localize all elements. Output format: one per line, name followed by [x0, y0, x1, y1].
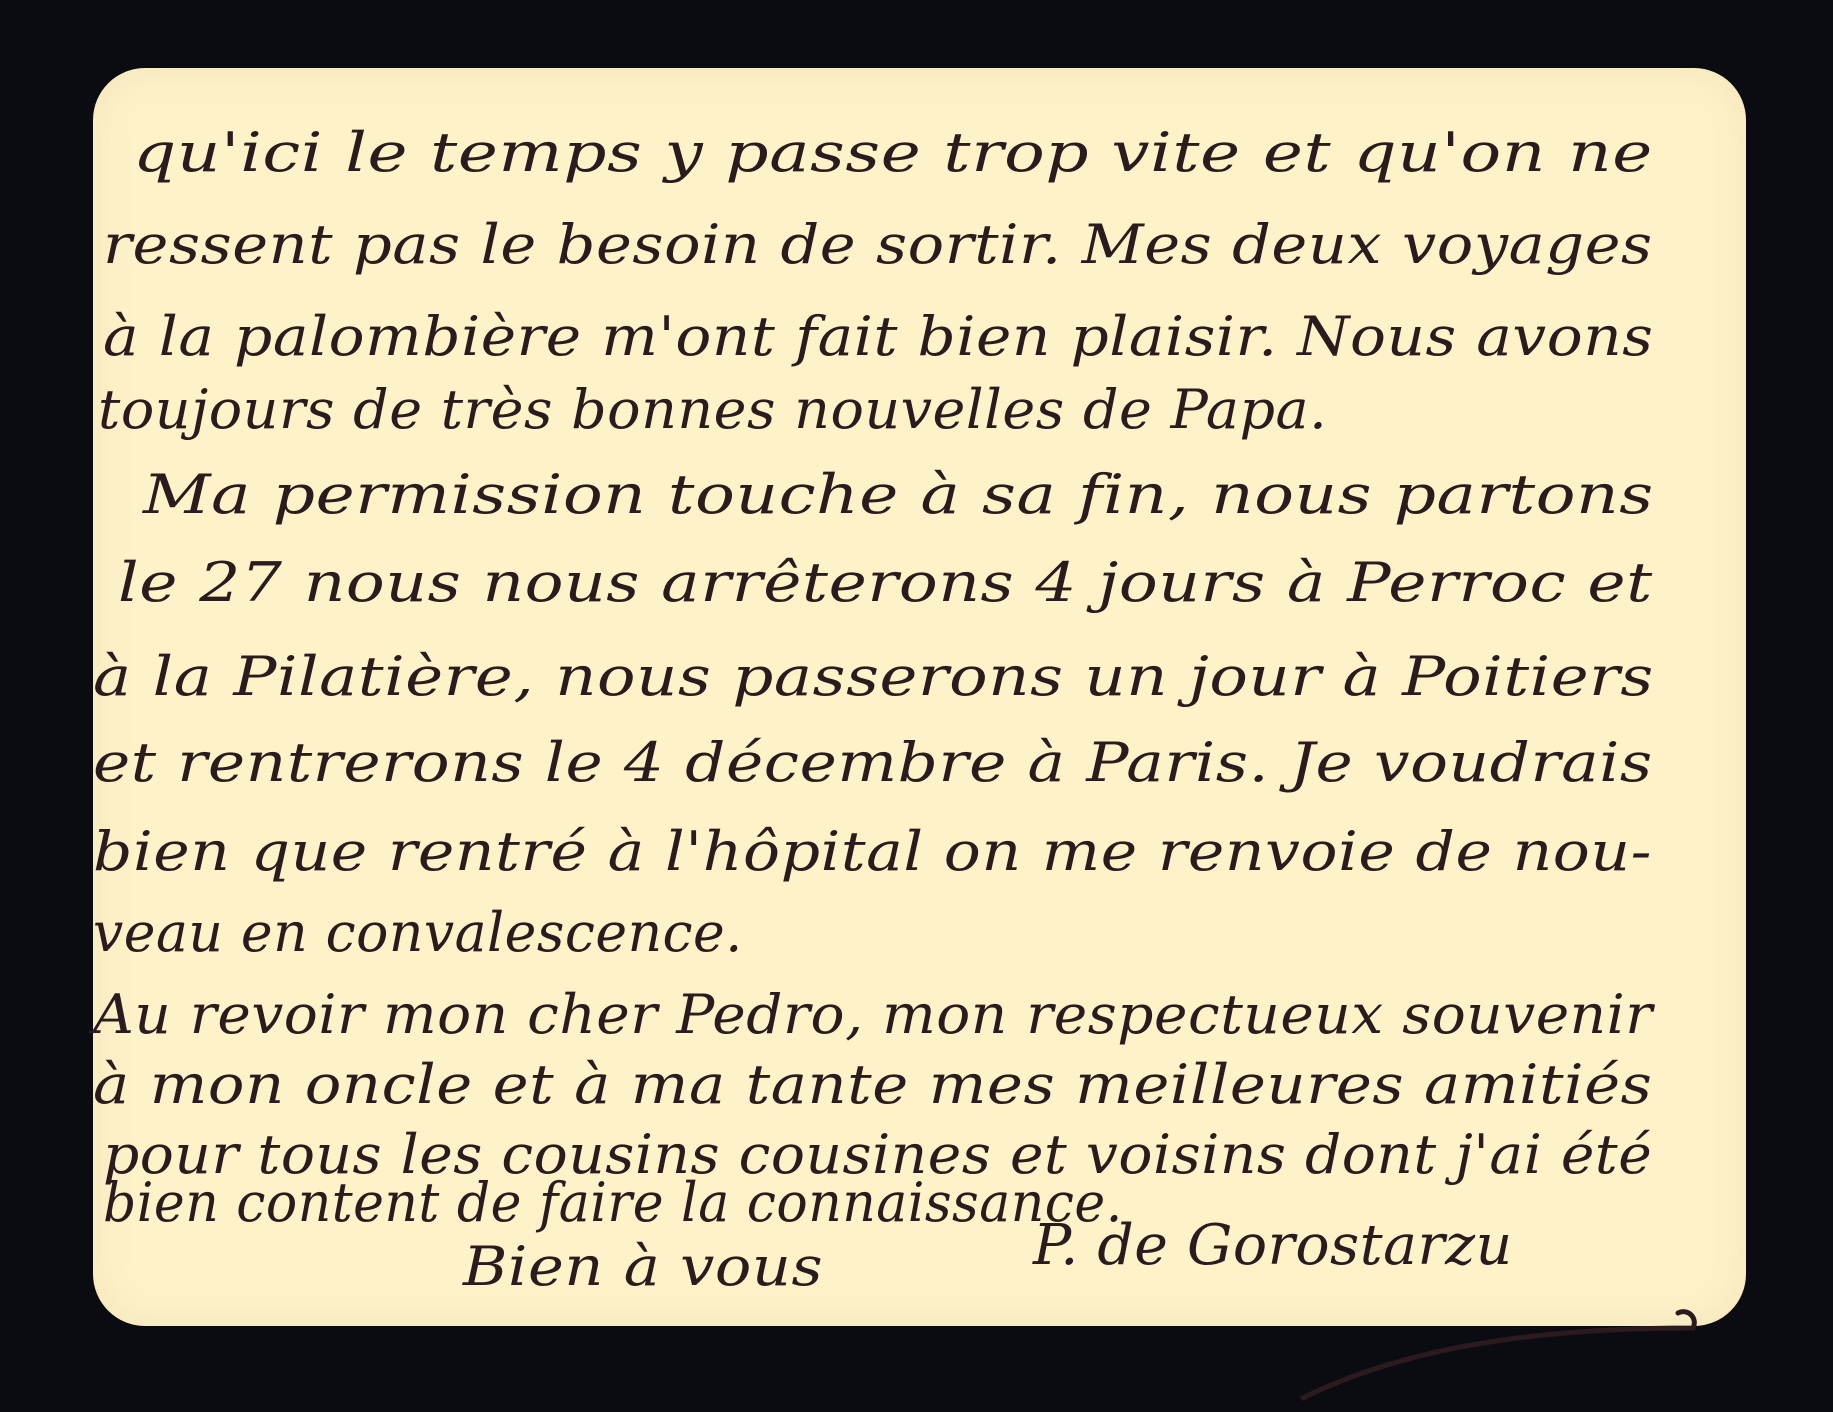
text-line-7: à la Pilatière, nous passerons un jour à… — [93, 650, 1654, 704]
text-line-5: Ma permission touche à sa fin, nous part… — [143, 468, 1654, 522]
text-line-10: veau en convalescence. — [93, 906, 743, 960]
text-line-3: à la palombière m'ont fait bien plaisir.… — [103, 310, 1653, 364]
text-line-8: et rentrerons le 4 décembre à Paris. Je … — [93, 736, 1653, 790]
text-line-14: bien content de faire la connaissance. — [103, 1176, 1123, 1230]
text-line-6: le 27 nous nous arrêterons 4 jours à Per… — [118, 556, 1653, 610]
text-line-12: à mon oncle et à ma tante mes meilleures… — [93, 1058, 1652, 1112]
text-line-4: toujours de très bonnes nouvelles de Pap… — [98, 383, 1327, 437]
signature: P. de Gorostarzu — [1033, 1218, 1513, 1274]
text-line-9: bien que rentré à l'hôpital on me renvoi… — [93, 825, 1652, 879]
text-line-1: qu'ici le temps y passe trop vite et qu'… — [133, 126, 1653, 180]
text-line-11: Au revoir mon cher Pedro, mon respectueu… — [93, 988, 1653, 1042]
signature-flourish — [1283, 1308, 1703, 1408]
handwritten-card: qu'ici le temps y passe trop vite et qu'… — [93, 68, 1746, 1326]
text-line-2: ressent pas le besoin de sortir. Mes deu… — [103, 218, 1653, 272]
closing-line: Bien à vous — [463, 1240, 823, 1294]
